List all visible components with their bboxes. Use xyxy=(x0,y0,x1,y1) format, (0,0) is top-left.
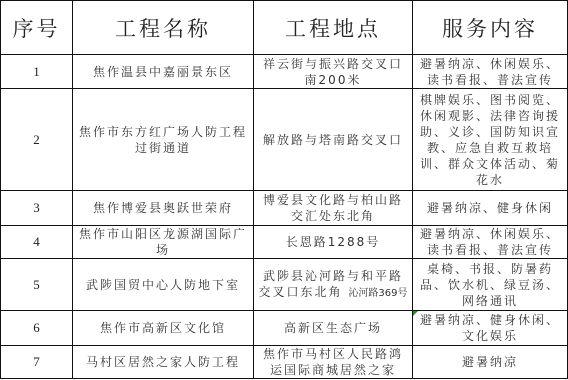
table-row: 4 焦作市山阳区龙源湖国际广场 长恩路1288号 避暑纳凉、休闲娱乐、读书看报、… xyxy=(1,226,568,259)
row-index: 6 xyxy=(1,311,73,346)
service-text: 避暑纳凉、健身休闲、文化娱乐 xyxy=(420,313,560,343)
row-project-name: 武陟国贸中心人防地下室 xyxy=(73,259,254,311)
header-index: 序号 xyxy=(1,1,73,55)
row-project-location: 解放路与塔南路交叉口 xyxy=(254,89,413,191)
row-project-location: 高新区生态广场 xyxy=(254,311,413,346)
header-project-name: 工程名称 xyxy=(73,1,254,55)
table-row: 3 焦作博爱县奥跃世荣府 博爱县文化路与柏山路交汇处东北角 避暑纳凉、健身休闲 xyxy=(1,191,568,226)
row-service-content: 避暑纳凉 xyxy=(413,346,568,379)
row-project-name: 焦作博爱县奥跃世荣府 xyxy=(73,191,254,226)
row-index: 3 xyxy=(1,191,73,226)
row-project-location: 武陟县沁河路与和平路交叉口东北角 沁河路369号 xyxy=(254,259,413,311)
row-service-content: 避暑纳凉、休闲娱乐、读书看报、普法宣传 xyxy=(413,226,568,259)
table-row: 2 焦作市东方红广场人防工程过街通道 解放路与塔南路交叉口 棋牌娱乐、图书阅览、… xyxy=(1,89,568,191)
row-index: 1 xyxy=(1,55,73,89)
row-project-name: 焦作市山阳区龙源湖国际广场 xyxy=(73,226,254,259)
row-index: 7 xyxy=(1,346,73,379)
table-row: 5 武陟国贸中心人防地下室 武陟县沁河路与和平路交叉口东北角 沁河路369号 桌… xyxy=(1,259,568,311)
row-service-content: 桌椅、书报、防暑药品、饮水机、绿豆汤、网络通讯 xyxy=(413,259,568,311)
comment-indicator-icon[interactable] xyxy=(413,311,418,316)
row-service-content: 避暑纳凉、健身休闲 xyxy=(413,191,568,226)
row-service-content: 避暑纳凉、健身休闲、文化娱乐 xyxy=(413,311,568,346)
row-project-location: 祥云街与振兴路交叉口南200米 xyxy=(254,55,413,89)
table-row: 6 焦作市高新区文化馆 高新区生态广场 避暑纳凉、健身休闲、文化娱乐 xyxy=(1,311,568,346)
row-service-content: 避暑纳凉、休闲娱乐、读书看报、普法宣传 xyxy=(413,55,568,89)
row-project-location: 长恩路1288号 xyxy=(254,226,413,259)
row-index: 2 xyxy=(1,89,73,191)
shelter-service-table: 序号 工程名称 工程地点 服务内容 1 焦作温县中嘉丽景东区 祥云街与振兴路交叉… xyxy=(0,0,568,379)
row-project-name: 马村区居然之家人防工程 xyxy=(73,346,254,379)
header-service-content: 服务内容 xyxy=(413,1,568,55)
table-row: 1 焦作温县中嘉丽景东区 祥云街与振兴路交叉口南200米 避暑纳凉、休闲娱乐、读… xyxy=(1,55,568,89)
row-project-name: 焦作市东方红广场人防工程过街通道 xyxy=(73,89,254,191)
row-project-name: 焦作市高新区文化馆 xyxy=(73,311,254,346)
row-project-location: 博爱县文化路与柏山路交汇处东北角 xyxy=(254,191,413,226)
header-row: 序号 工程名称 工程地点 服务内容 xyxy=(1,1,568,55)
row-index: 5 xyxy=(1,259,73,311)
row-service-content: 棋牌娱乐、图书阅览、休闲观影、法律咨询援助、义诊、国防知识宣教、应急自救互救培训… xyxy=(413,89,568,191)
table-row: 7 马村区居然之家人防工程 焦作市马村区人民路鸿运国际商城居然之家 避暑纳凉 xyxy=(1,346,568,379)
row-project-name: 焦作温县中嘉丽景东区 xyxy=(73,55,254,89)
header-project-location: 工程地点 xyxy=(254,1,413,55)
row-project-location: 焦作市马村区人民路鸿运国际商城居然之家 xyxy=(254,346,413,379)
row-index: 4 xyxy=(1,226,73,259)
location-note: 沁河路369号 xyxy=(348,288,407,299)
